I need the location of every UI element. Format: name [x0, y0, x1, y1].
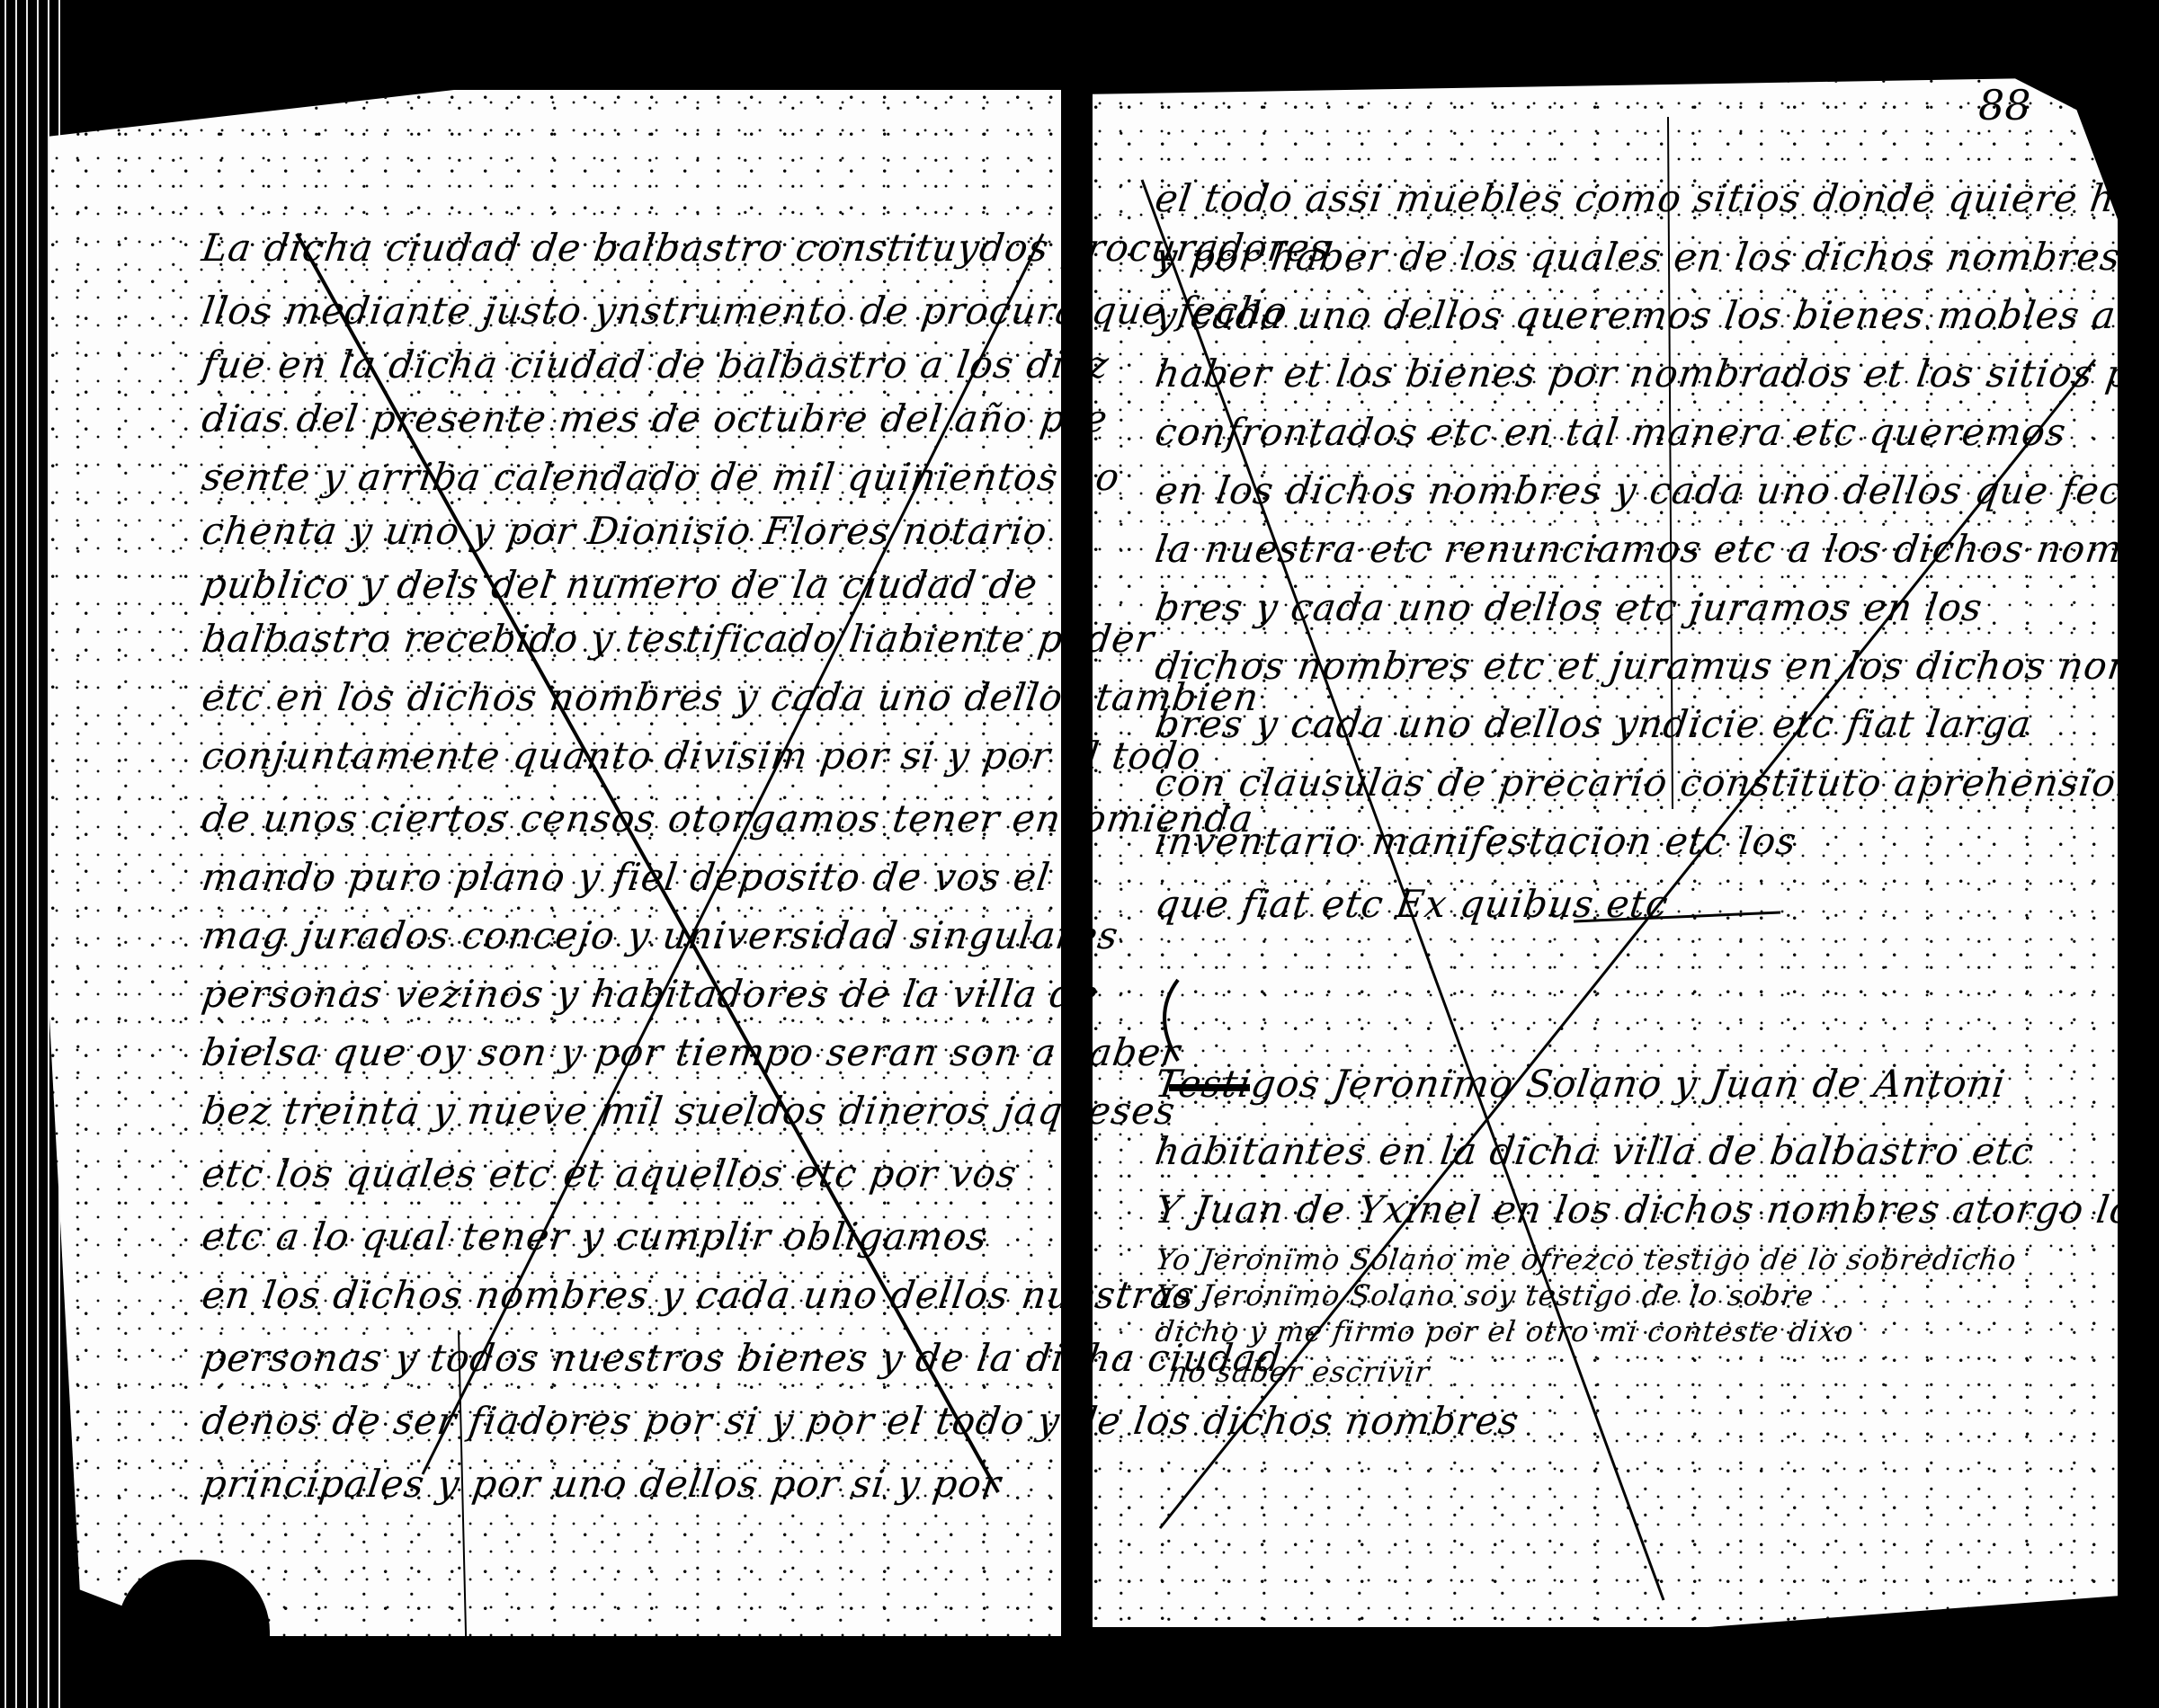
manuscript-line: en los dichos nombres y cada uno dellos … — [200, 1277, 1197, 1314]
manuscript-line: Testigos Jeronimo Solano y Juan de Anton… — [1153, 1065, 2008, 1103]
manuscript-line: etc los quales etc et aquellos etc por v… — [200, 1155, 1020, 1193]
manuscript-line: publico y dels del numero de la ciudad d… — [200, 566, 1040, 604]
manuscript-line: haber et los bienes por nombrados et los… — [1153, 355, 2159, 393]
manuscript-line: inventario manifestacion etc los — [1153, 823, 1799, 860]
binding-clip — [117, 1560, 270, 1708]
manuscript-line: y cada uno dellos queremos los bienes mo… — [1153, 297, 2159, 334]
manuscript-line: bielsa que oy son y por tiempo seran son… — [200, 1034, 1182, 1072]
manuscript-line: no saber escrivir — [1167, 1357, 1432, 1386]
manuscript-line: personas y todos nuestros bienes y de la… — [200, 1339, 1285, 1377]
manuscript-line: y por haber de los quales en los dichos … — [1153, 238, 2123, 276]
manuscript-line: etc a lo qual tener y cumplir obligamos — [200, 1218, 990, 1256]
manuscript-line: mag jurados concejo y universidad singul… — [200, 917, 1121, 955]
manuscript-line: habitantes en la dicha villa de balbastr… — [1153, 1133, 2036, 1170]
manuscript-line: dias del presente mes de octubre del año… — [200, 400, 1111, 438]
manuscript-line: dichos nombres etc et juramus en los dic… — [1153, 647, 2147, 685]
manuscript-line: de unos ciertos censos otorgamos tener e… — [200, 800, 1256, 838]
manuscript-line: personas vezinos y habitadores de la vil… — [200, 975, 1101, 1013]
manuscript-line: chenta y uno y por Dionisio Flores notar… — [200, 512, 1049, 550]
manuscript-line: fue en la dicha ciudad de balbastro a lo… — [200, 346, 1111, 384]
manuscript-line: etc en los dichos nombres y cada uno del… — [200, 679, 1262, 716]
manuscript-line: principales y por uno dellos por si y po… — [200, 1465, 1004, 1503]
manuscript-line: que fiat etc Ex quibus etc — [1153, 885, 1671, 923]
manuscript-line: Yo Jeronimo Solano me ofrezco testigo de… — [1154, 1245, 2019, 1274]
manuscript-line: conjuntamente quanto divisim por si y po… — [200, 737, 1203, 775]
manuscript-line: el todo assi muebles como sitios donde q… — [1153, 180, 2159, 218]
manuscript-line: bres y cada uno dellos yndicie etc fiat … — [1153, 706, 2034, 743]
manuscript-line: Yo Jeronimo Solano soy testigo de lo sob… — [1154, 1281, 1816, 1310]
manuscript-line: sente y arriba calendado de mil quinient… — [200, 458, 1122, 496]
manuscript-line: la nuestra etc renunciamos etc a los dic… — [1153, 530, 2125, 568]
manuscript-line: denos de ser fiadores por si y por el to… — [200, 1402, 1521, 1440]
manuscript-line: bez treinta y nueve mil sueldos dineros … — [200, 1092, 1178, 1130]
manuscript-line: en los dichos nombres y cada uno dellos … — [1153, 472, 2159, 510]
manuscript-line: confrontados etc en tal manera etc quere… — [1153, 414, 2069, 451]
manuscript-line: mando puro plano y fiel deposito de vos … — [200, 858, 1052, 896]
folio-number: 88 — [1978, 81, 2031, 129]
manuscript-line: bres y cada uno dellos etc juramos en lo… — [1153, 589, 1985, 627]
manuscript-line: llos mediante justo ynstrumento de procu… — [200, 292, 1290, 330]
manuscript-line: Y Juan de Yxinel en los dichos nombres a… — [1153, 1191, 2159, 1229]
manuscript-line: con clausulas de precario constituto apr… — [1153, 764, 2144, 802]
manuscript-line: dicho y me firmo por el otro mi conteste… — [1154, 1317, 1856, 1346]
manuscript-line: balbastro recebido y testificado liabien… — [200, 620, 1156, 658]
manuscript-scan: 88 La dicha ciudad de balbastro constitu… — [0, 0, 2159, 1708]
